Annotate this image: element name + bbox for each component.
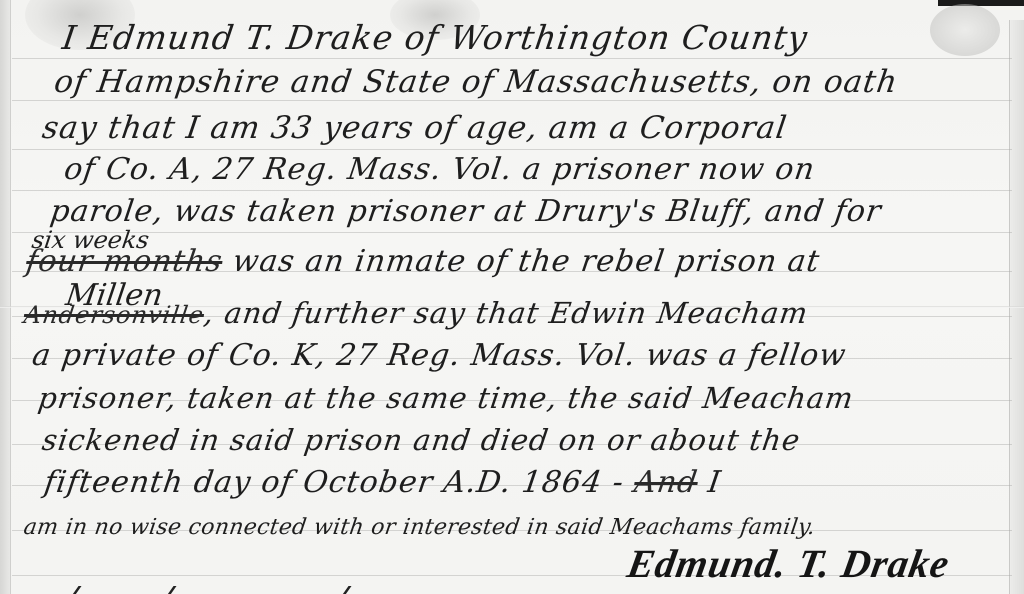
scan-dark-corner: [938, 0, 1024, 6]
text-line-7-body: , and further say that Edwin Meacham: [202, 296, 811, 330]
text-line-11-tail: I: [706, 465, 724, 500]
text-line-12: am in no wise connected with or interest…: [22, 515, 817, 540]
document-page: I Edmund T. Drake of Worthington County …: [0, 0, 1024, 594]
text-line-3: say that I am 33 years of age, am a Corp…: [40, 110, 789, 146]
struck-text-and: And: [632, 465, 700, 500]
ruled-line: [12, 58, 1012, 59]
text-line-6-body: was an inmate of the rebel prison at: [231, 244, 823, 279]
text-line-7: Andersonville, and further say that Edwi…: [22, 296, 811, 330]
ruled-line: [12, 100, 1012, 101]
text-line-5: parole, was taken prisoner at Drury's Bl…: [48, 194, 884, 229]
text-line-6: four months was an inmate of the rebel p…: [24, 244, 822, 279]
text-line-8: a private of Co. K, 27 Reg. Mass. Vol. w…: [30, 338, 849, 373]
text-line-2: of Hampshire and State of Massachusetts,…: [52, 64, 900, 100]
text-line-11-body: fifteenth day of October A.D. 1864 -: [42, 465, 626, 500]
text-line-1: I Edmund T. Drake of Worthington County: [60, 18, 810, 57]
left-page-edge: [0, 0, 11, 594]
text-line-11: fifteenth day of October A.D. 1864 - And…: [42, 465, 724, 500]
ruled-line: [12, 190, 1012, 191]
signature: Edmund. T. Drake: [624, 540, 954, 587]
text-line-9: prisoner, taken at the same time, the sa…: [36, 381, 856, 415]
paper-tear: [930, 4, 1000, 56]
ruled-line: [12, 149, 1012, 150]
text-line-10: sickened in said prison and died on or a…: [40, 423, 803, 457]
struck-text-andersonville: Andersonville: [22, 301, 206, 329]
cut-off-next-line: [0, 586, 1024, 594]
struck-text-four-months: four months: [24, 244, 225, 279]
text-line-4: of Co. A, 27 Reg. Mass. Vol. a prisoner …: [62, 152, 817, 187]
ruled-line: [12, 232, 1012, 233]
